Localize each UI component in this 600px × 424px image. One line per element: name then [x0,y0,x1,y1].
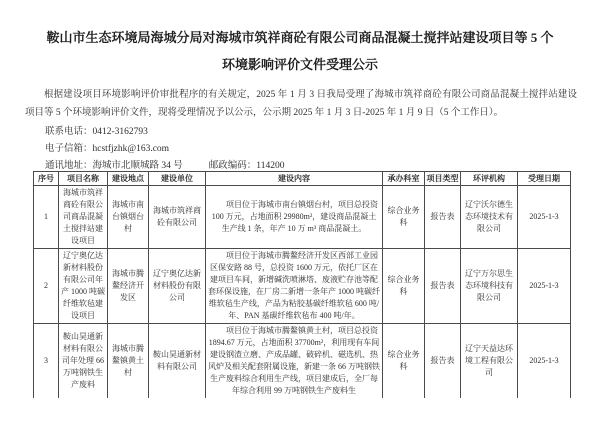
cell-location: 海城市腾鳌经济开发区 [108,249,149,324]
header-date: 受理日期 [518,172,571,186]
page-title: 鞍山市生态环境局海城分局对海城市筑祥商砼有限公司商品混凝土搅拌站建设项目等 5 … [0,24,600,78]
table-row: 2 辽宁奥亿达新材料股份有限公司年产 1000 吨碳纤维软毡建设项目 海城市腾鳌… [34,249,571,324]
contact-phone-label: 联系电话： [45,127,93,137]
cell-content: 项目位于海城市腾鳌经济开发区西部工业园区保安路 88 号，总投资 1600 万元… [206,249,383,324]
cell-agency: 辽宁万尔思生态环境科技有限公司 [461,249,518,324]
cell-date: 2025-1-3 [518,324,571,399]
contact-email-line: 电子信箱：hcstfjzhk@163.com [45,141,600,158]
contact-postcode-label: 邮政编码： [209,161,257,171]
cell-type: 报告表 [425,249,461,324]
cell-seq: 2 [34,249,59,324]
contact-block: 联系电话：0412-3162793 电子信箱：hcstfjzhk@163.com… [45,124,600,175]
contact-address-label: 通讯地址： [45,161,93,171]
cell-unit: 辽宁奥亿达新材料股份有限公司 [149,249,206,324]
cell-date: 2025-1-3 [518,186,571,249]
intro-paragraph: 根据建设项目环境影响评价审批程序的有关规定，2025 年 1 月 3 日我局受理… [25,87,577,122]
cell-project-name: 辽宁奥亿达新材料股份有限公司年产 1000 吨碳纤维软毡建设项目 [59,249,108,324]
header-project-name: 项目名称 [59,172,108,186]
cell-unit: 海城市筑祥商砼有限公司 [149,186,206,249]
cell-department: 综合业务科 [383,324,425,399]
header-content: 建设内容 [206,172,383,186]
contact-email-label: 电子信箱： [45,144,93,154]
contact-phone-line: 联系电话：0412-3162793 [45,124,600,141]
cell-department: 综合业务科 [383,249,425,324]
contact-phone-value: 0412-3162793 [93,127,148,137]
cell-location: 海城市腾鳌镇黄土村 [108,324,149,399]
contact-postcode-value: 114200 [256,161,284,171]
table-clip-region: 序号 项目名称 建设地点 建设单位 建设内容 承办科室 项目类型 环评机构 受理… [33,171,572,398]
header-type: 项目类型 [425,172,461,186]
document-page: 鞍山市生态环境局海城分局对海城市筑祥商砼有限公司商品混凝土搅拌站建设项目等 5 … [0,0,600,424]
cell-agency: 辽宁沃尔德生态环境技术有限公司 [461,186,518,249]
cell-unit: 鞍山昊通新材料有限公司 [149,324,206,399]
cell-project-name: 海城市筑祥商砼有限公司商品混凝土搅拌站建设项目 [59,186,108,249]
cell-content: 项目位于海城市南台镇烟台村，项目总投资 100 万元，占地面积 29980m²，… [206,186,383,249]
cell-seq: 3 [34,324,59,399]
cell-date: 2025-1-3 [518,249,571,324]
title-line-2: 环境影响评价文件受理公示 [0,51,600,78]
header-location: 建设地点 [108,172,149,186]
contact-address-value: 海城市北顺城路 34 号 [93,161,183,171]
title-line-1: 鞍山市生态环境局海城分局对海城市筑祥商砼有限公司商品混凝土搅拌站建设项目等 5 … [0,24,600,51]
cell-department: 综合业务科 [383,186,425,249]
contact-email-value: hcstfjzhk@163.com [93,144,170,154]
header-department: 承办科室 [383,172,425,186]
cell-type: 报告表 [425,324,461,399]
cell-content: 项目位于海城市腾鳌镇黄土村，项目总投资 1894.67 万元，占地面积 3770… [206,324,383,399]
table-row: 1 海城市筑祥商砼有限公司商品混凝土搅拌站建设项目 海城市南台镇烟台村 海城市筑… [34,186,571,249]
cell-seq: 1 [34,186,59,249]
header-seq: 序号 [34,172,59,186]
cell-location: 海城市南台镇烟台村 [108,186,149,249]
cell-project-name: 鞍山昊通新材料有限公司年处理 66 万吨钢铁生产废料 [59,324,108,399]
table-header-row: 序号 项目名称 建设地点 建设单位 建设内容 承办科室 项目类型 环评机构 受理… [34,172,571,186]
header-unit: 建设单位 [149,172,206,186]
cell-agency: 辽宁天益达环境工程有限公司 [461,324,518,399]
header-agency: 环评机构 [461,172,518,186]
notice-table: 序号 项目名称 建设地点 建设单位 建设内容 承办科室 项目类型 环评机构 受理… [33,171,571,398]
table-row: 3 鞍山昊通新材料有限公司年处理 66 万吨钢铁生产废料 海城市腾鳌镇黄土村 鞍… [34,324,571,399]
cell-type: 报告表 [425,186,461,249]
